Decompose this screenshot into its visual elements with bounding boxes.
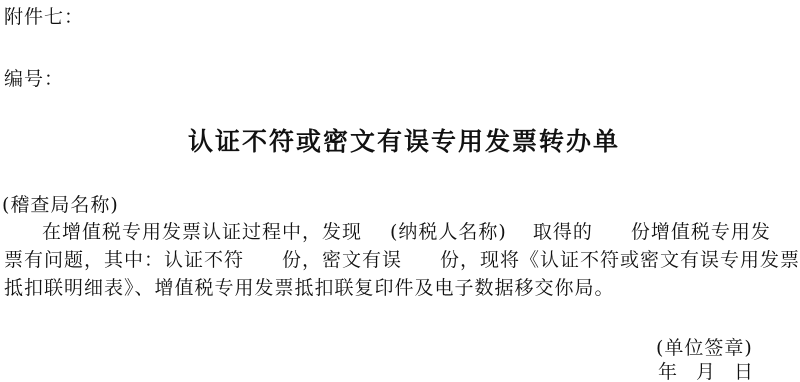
paragraph-line-1: 在增值税专用发票认证过程中，发现(纳税人名称)取得的份增值税专用发 — [42, 217, 771, 244]
paragraph-text: 份增值税专用发 — [631, 221, 771, 243]
paragraph-line-2: 票有问题，其中：认证不符份，密文有误份，现将《认证不符或密文有误专用发票 — [4, 245, 800, 272]
taxpayer-name-placeholder: (纳税人名称) — [390, 221, 507, 243]
paragraph-text: 份，密文有误 — [282, 249, 402, 271]
day-label: 日 — [734, 361, 754, 382]
document-title: 认证不符或密文有误专用发票转办单 — [188, 122, 620, 158]
attachment-label: 附件七： — [4, 2, 84, 29]
year-label: 年 — [658, 361, 678, 382]
paragraph-text: 份，现将《认证不符或密文有误专用发票 — [440, 249, 800, 271]
date-line: 年月日 — [658, 357, 754, 382]
document-number-label: 编号： — [4, 64, 64, 91]
paragraph-line-3: 抵扣联明细表》、增值税专用发票抵扣联复印件及电子数据移交你局。 — [4, 273, 615, 300]
paragraph-text: 在增值税专用发票认证过程中，发现 — [42, 221, 362, 243]
month-label: 月 — [696, 361, 716, 382]
unit-stamp-label: (单位签章) — [656, 333, 753, 360]
addressee-placeholder: (稽查局名称) — [2, 190, 119, 217]
paragraph-text: 票有问题，其中：认证不符 — [4, 249, 244, 271]
paragraph-text: 取得的 — [533, 221, 593, 243]
